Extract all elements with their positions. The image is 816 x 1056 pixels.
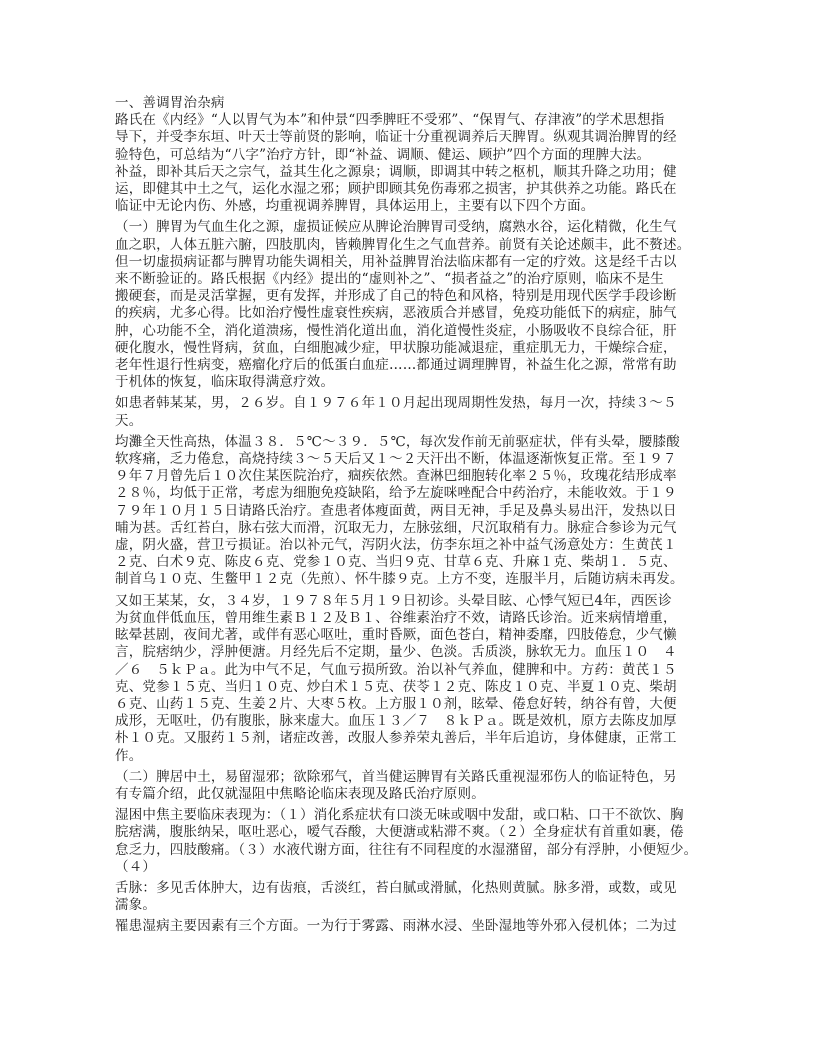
paragraph-case-han-onset: 如患者韩某某，男，２６岁。自１９７６年１０月起出现周期性发热，每月一次，持续３～…: [115, 395, 711, 429]
text-line: 但一切虚损病证都与脾胃功能失调相关，用补益脾胃治法临床都有一定的疗效。这是经千古…: [115, 254, 711, 271]
text-line: 濡象。: [115, 897, 711, 914]
text-line: 于机体的恢复，临床取得满意疗效。: [115, 374, 711, 391]
text-line: ２克、白术９克、陈皮６克、党参１０克、当归９克、甘草６克、升麻１克、柴胡１．５克…: [115, 554, 711, 571]
text-line: ／６ ５ｋＰａ。此为中气不足，气血亏损所致。治以补气养血，健脾和中。方药：黄芪１…: [115, 662, 711, 679]
text-line: 验特色，可总结为“八字”治疗方针，即“补益、调顺、健运、顾护”四个方面的理脾大法…: [115, 147, 711, 164]
paragraph-section-two: （二）脾居中土，易留湿邪；欲除邪气，首当健运脾胃有关路氏重视湿邪伤人的临证特色，…: [115, 769, 711, 803]
text-line: 如患者韩某某，男，２６岁。自１９７６年１０月起出现周期性发热，每月一次，持续３～…: [115, 395, 711, 412]
paragraph-section-one: （一）脾胃为气血生化之源，虚损证候应从脾论治脾胃司受纳，腐熟水谷，运化精微，化生…: [115, 219, 711, 391]
text-line: ９年７月曾先后１０次住某医院治疗，痼疾依然。查淋巴细胞转化率２５％，玫瑰花结形成…: [115, 468, 711, 485]
paragraphs-container: 路氏在《内经》“人以胃气为本”和仲景“四季脾旺不受邪”、“保胃气、存津液”的学术…: [115, 112, 711, 935]
text-line: 导下，并受李东垣、叶天士等前贤的影响，临证十分重视调养后天脾胃。纵观其调治脾胃的…: [115, 129, 711, 146]
text-line: 硬化腹水，慢性肾病，贫血，白细胞减少症，甲状腺功能减退症，重症肌无力，干燥综合症…: [115, 340, 711, 357]
text-line: 脘痞满，腹胀纳呆，呕吐恶心，嗳气吞酸，大便溏或粘滞不爽。（２）全身症状有首重如裹…: [115, 824, 711, 841]
text-line: 湿困中焦主要临床表现为：（１）消化系症状有口淡无味或咽中发甜，或口粘、口干不欲饮…: [115, 807, 711, 824]
paragraph-case-wang: 又如王某某，女，３４岁，１９７８年５月１９日初诊。头晕目眩、心悸气短已4年，西医…: [115, 593, 711, 765]
text-line: 软疼痛，乏力倦怠，高烧持续３～５天后又１～２天汗出不断，体温逐渐恢复正常。至１９…: [115, 451, 711, 468]
text-line: 又如王某某，女，３４岁，１９７８年５月１９日初诊。头晕目眩、心悸气短已4年，西医…: [115, 593, 711, 610]
paragraph-case-han-course: 均灘全天性高热，体温３８．５℃～３９．５℃，每次发作前无前驱症状，伴有头晕，腰膝…: [115, 434, 711, 589]
text-line: 罹患湿病主要因素有三个方面。一为行于雾露、雨淋水浸、坐卧湿地等外邪入侵机体；二为…: [115, 918, 711, 935]
text-line: 怠乏力，四肢酸痛。（３）水液代谢方面，往往有不同程度的水湿潴留，部分有浮肿，小便…: [115, 842, 711, 859]
text-line: ２８％，均低于正常，考虑为细胞免疫缺陷，给予左旋咪唑配合中药治疗，未能收效。于１…: [115, 485, 711, 502]
document-content: 一、善调胃治杂病 路氏在《内经》“人以胃气为本”和仲景“四季脾旺不受邪”、“保胃…: [115, 95, 711, 936]
text-line: 的疾病，尤多心得。比如治疗慢性虚衰性疾病，恶液质合并感冒，免疫功能低下的病症，肺…: [115, 305, 711, 322]
text-line: 肿，心功能不全，消化道溃疡，慢性消化道出血，消化道慢性炎症，小肠吸收不良综合征，…: [115, 323, 711, 340]
text-line: 临证中无论内伤、外感，均重视调养脾胃，具体运用上，主要有以下四个方面。: [115, 198, 711, 215]
text-line: 眩晕甚剧，夜间尤著，或伴有恶心呕吐，重时昏厥，面色苍白，精神委靡，四肢倦怠，少气…: [115, 627, 711, 644]
paragraph-damp-causes: 罹患湿病主要因素有三个方面。一为行于雾露、雨淋水浸、坐卧湿地等外邪入侵机体；二为…: [115, 918, 711, 935]
text-line: 朴１０克。又服药１５剂，诸症改善，改服人参养荣丸善后，半年后追访，身体健康，正常…: [115, 730, 711, 747]
text-line: 言，脘痞纳少，浮肿便溏。月经先后不定期，量少、色淡。舌质淡，脉软无力。血压１０ …: [115, 644, 711, 661]
text-line: 克、党参１５克、当归１０克、炒白术１５克、茯苓１２克、陈皮１０克、半夏１０克、柴…: [115, 679, 711, 696]
text-line: 补益，即补其后天之宗气，益其生化之源泉；调顺，即调其中转之枢机，顺其升降之功用；…: [115, 164, 711, 181]
document-title: 一、善调胃治杂病: [115, 95, 711, 112]
paragraph-intro: 路氏在《内经》“人以胃气为本”和仲景“四季脾旺不受邪”、“保胃气、存津液”的学术…: [115, 112, 711, 215]
paragraph-damp-symptoms: 湿困中焦主要临床表现为：（１）消化系症状有口淡无味或咽中发甜，或口粘、口干不欲饮…: [115, 807, 711, 876]
text-line: 有专篇介绍，此仅就湿阻中焦略论临床表现及路氏治疗原则。: [115, 786, 711, 803]
text-line: 血之职，人体五脏六腑，四肢肌肉，皆赖脾胃化生之气血营养。前贤有关论述颇丰，此不赘…: [115, 237, 711, 254]
text-line: 老年性退行性病变，癌瘤化疗后的低蛋白血症……都通过调理脾胃，补益生化之源，常常有…: [115, 357, 711, 374]
text-line: 制首乌１０克、生鳖甲１２克（先煎）、怀牛膝９克。上方不变，连服半月，后随访病未再…: [115, 571, 711, 588]
text-line: （一）脾胃为气血生化之源，虚损证候应从脾论治脾胃司受纳，腐熟水谷，运化精微，化生…: [115, 219, 711, 236]
document-page: 一、善调胃治杂病 路氏在《内经》“人以胃气为本”和仲景“四季脾旺不受邪”、“保胃…: [0, 0, 816, 1056]
text-line: 路氏在《内经》“人以胃气为本”和仲景“四季脾旺不受邪”、“保胃气、存津液”的学术…: [115, 112, 711, 129]
text-line: （二）脾居中土，易留湿邪；欲除邪气，首当健运脾胃有关路氏重视湿邪伤人的临证特色，…: [115, 769, 711, 786]
text-line: 成形，无呕吐，仍有腹胀，脉来虚大。血压１３／７ ８ｋＰａ。既是效机，原方去陈皮加…: [115, 713, 711, 730]
text-line: 虚，阴火盛，营卫亏损证。治以补元气，泻阴火法，仿李东垣之补中益气汤意处方：生黄芪…: [115, 537, 711, 554]
text-line: ７９年１０月１５日请路氏治疗。查患者体瘦面黄，两目无神，手足及鼻头易出汗，发热以…: [115, 503, 711, 520]
text-line: 舌脉：多见舌体肿大，边有齿痕，舌淡红，苔白腻或滑腻，化热则黄腻。脉多滑，或数，或…: [115, 880, 711, 897]
paragraph-tongue-pulse: 舌脉：多见舌体肿大，边有齿痕，舌淡红，苔白腻或滑腻，化热则黄腻。脉多滑，或数，或…: [115, 880, 711, 914]
text-line: 为贫血伴低血压，曾用维生素Ｂ１２及Ｂ１、谷维素治疗不效，请路氏诊治。近来病情增重…: [115, 610, 711, 627]
text-line: 天。: [115, 413, 711, 430]
text-line: ６克、山药１５克、生姜２片、大枣５枚。上方服１０剂，眩晕、倦怠好转，纳谷有曾，大…: [115, 696, 711, 713]
text-line: （４）: [115, 859, 711, 876]
text-line: 均灘全天性高热，体温３８．５℃～３９．５℃，每次发作前无前驱症状，伴有头晕，腰膝…: [115, 434, 711, 451]
text-line: 作。: [115, 748, 711, 765]
text-line: 运，即健其中土之气，运化水湿之邪；顾护即顾其免伤毒邪之损害，护其供养之功能。路氏…: [115, 181, 711, 198]
text-line: 来不断验证的。路氏根据《内经》提出的“虚则补之”、“损者益之”的治疗原则，临床不…: [115, 271, 711, 288]
text-line: 晡为甚。舌红苔白，脉右弦大而滑，沉取无力，左脉弦细，尺沉取稍有力。脉症合参诊为元…: [115, 520, 711, 537]
text-line: 搬硬套，而是灵活掌握，更有发挥，并形成了自己的特色和风格，特别是用现代医学手段诊…: [115, 288, 711, 305]
